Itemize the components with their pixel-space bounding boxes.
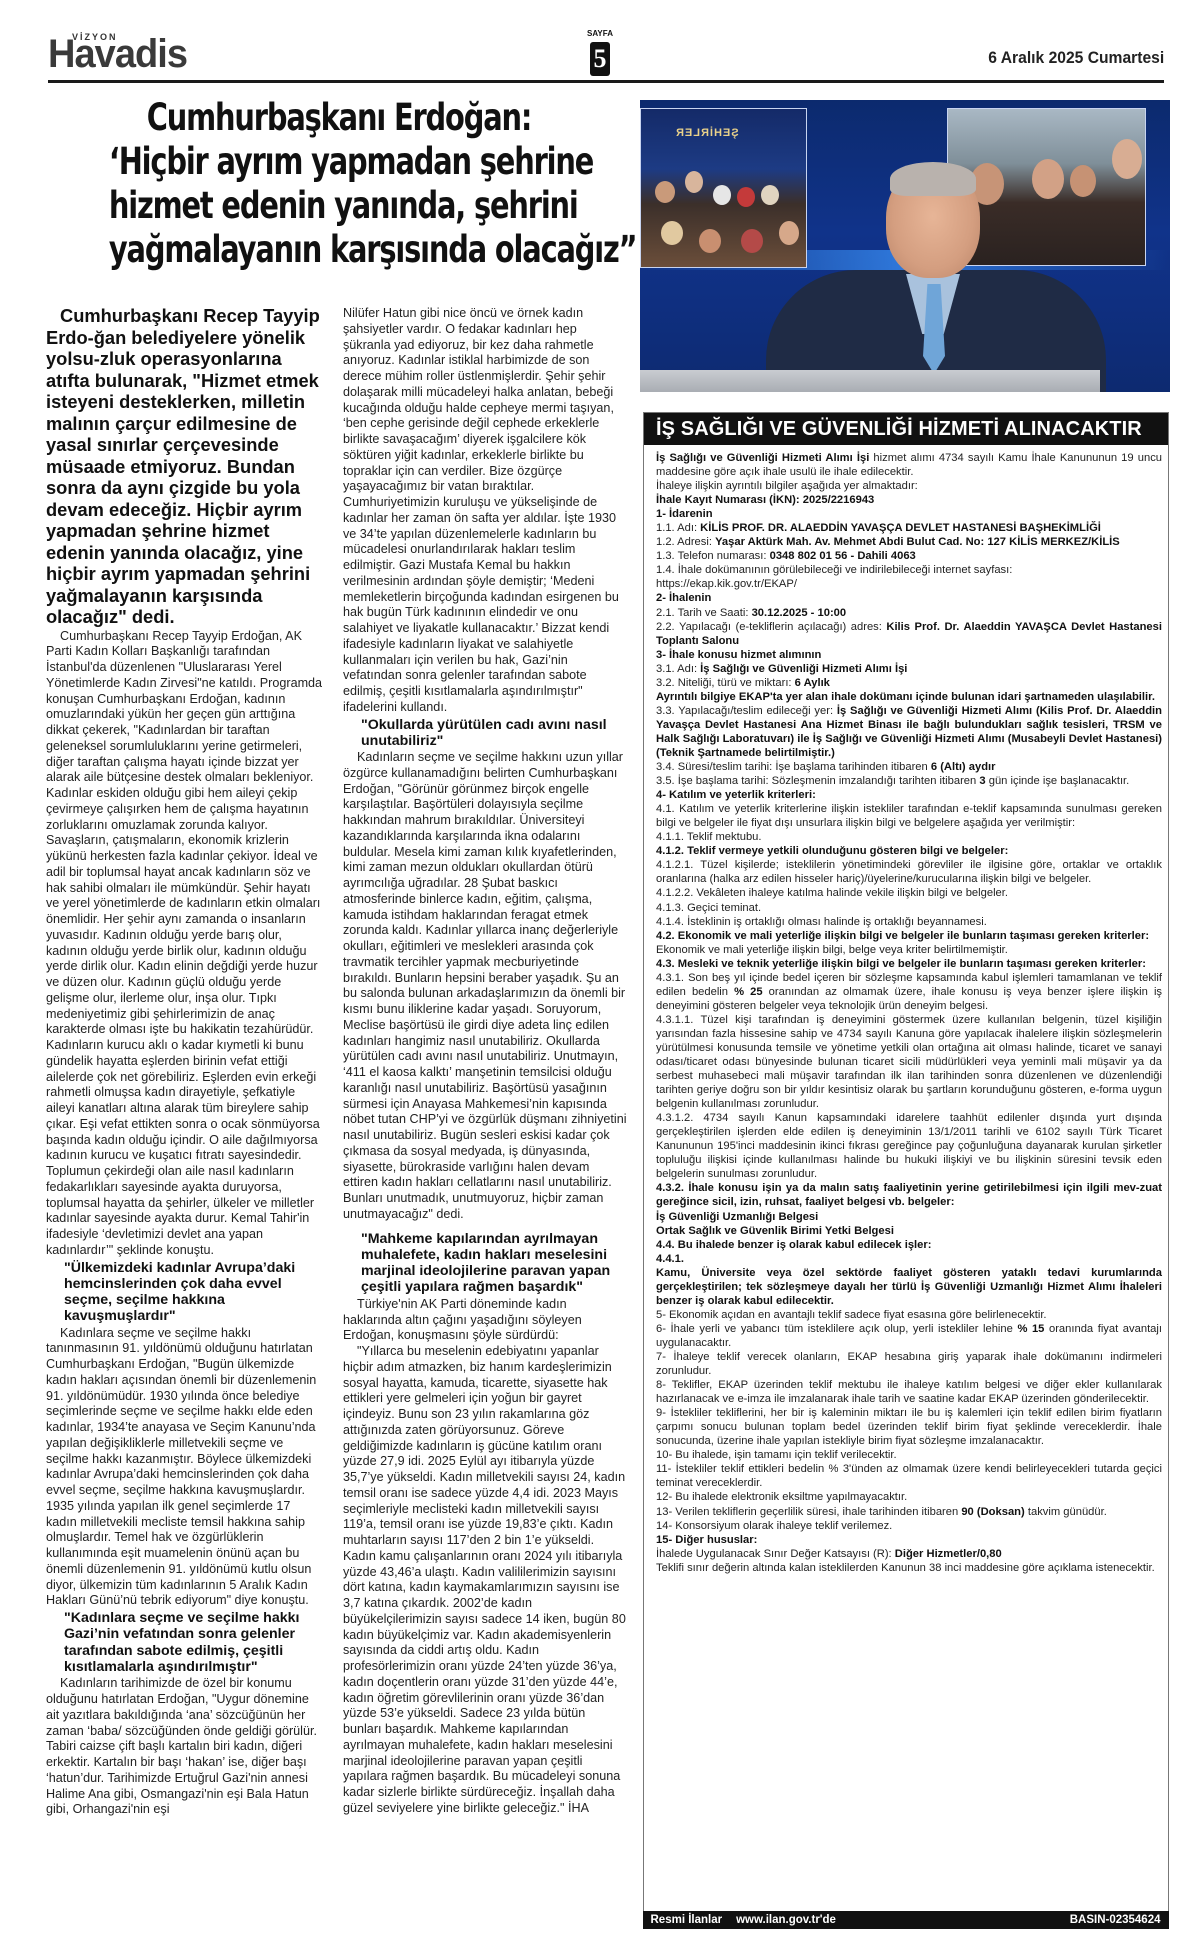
notice-item-5: 5- Ekonomik açıdan en avantajlı teklif s… xyxy=(656,1308,1162,1322)
article-headline: Cumhurbaşkanı Erdoğan: ‘Hiçbir ayrım yap… xyxy=(44,96,634,272)
text: 3.5. İşe başlama tarihi: Sözleşmenin imz… xyxy=(656,775,979,787)
label: 3.3. Yapılacağı/teslim edileceği yer: xyxy=(656,705,837,717)
label: 1.3. Telefon numarası: xyxy=(656,550,770,562)
notice-intro-bold: İş Sağlığı ve Güvenliği Hizmeti Alımı İş… xyxy=(656,452,869,464)
notice-item-2-1: 2.1. Tarih ve Saati: 30.12.2025 - 10:00 xyxy=(656,606,1162,620)
article-paragraph: Türkiye'nin AK Parti döneminde kadın hak… xyxy=(343,1297,627,1344)
notice-section-4: 4- Katılım ve yeterlik kriterleri: xyxy=(656,789,816,801)
notice-item-4-1-4: 4.1.4. İsteklinin iş ortaklığı olması ha… xyxy=(656,915,1162,929)
value: 30.12.2025 - 10:00 xyxy=(752,607,847,619)
crowd-person xyxy=(1112,139,1142,179)
article-paragraph: Cumhurbaşkanı Recep Tayyip Erdoğan, AK P… xyxy=(46,629,324,1259)
notice-item-4-1-2-1: 4.1.2.1. Tüzel kişilerde; isteklilerin y… xyxy=(656,858,1162,886)
crowd-person xyxy=(713,185,731,205)
page-indicator: SAYFA 5 xyxy=(585,28,615,82)
article-paragraph: Kadınların tarihimizde de özel bir konum… xyxy=(46,1676,324,1818)
notice-item-3-4: 3.4. Süresi/teslim tarihi: İşe başlama t… xyxy=(656,760,1162,774)
text: İhalede Uygulanacak Sınır Değer Katsayıs… xyxy=(656,1548,895,1560)
notice-item-7: 7- İhaleye teklif verecek olanların, EKA… xyxy=(656,1350,1162,1378)
label: 3.1. Adı: xyxy=(656,663,700,675)
podium xyxy=(640,370,1100,392)
notice-item-10: 10- Bu ihalede, işin tamamı için teklif … xyxy=(656,1448,1162,1462)
text: takvim günüdür. xyxy=(1025,1506,1107,1518)
notice-item-2-2: 2.2. Yapılacağı (e-tekliflerin açılacağı… xyxy=(656,620,1162,648)
notice-item-6: 6- İhale yerli ve yabancı tüm istekliler… xyxy=(656,1322,1162,1350)
label: 1.1. Adı: xyxy=(656,522,700,534)
label: 2.2. Yapılacağı (e-tekliflerin açılacağı… xyxy=(656,621,886,633)
page-number: 5 xyxy=(590,42,610,76)
notice-item-11: 11- İstekliler teklif ettikleri bedelin … xyxy=(656,1462,1162,1490)
notice-item-3-2-note: Ayrıntılı bilgiye EKAP'ta yer alan ihale… xyxy=(656,691,1155,703)
value: 0348 802 01 56 - Dahili 4063 xyxy=(770,550,916,562)
stage-banner-text: ŞEHİRLER xyxy=(675,127,739,139)
article-paragraph: Kadınlara seçme ve seçilme hakkı tanınma… xyxy=(46,1326,324,1610)
article-paragraph: "Yıllarca bu meselenin edebiyatını yapan… xyxy=(343,1344,627,1817)
notice-item-4-4-1: 4.4.1. xyxy=(656,1253,684,1265)
notice-item-4-3-2: 4.3.2. İhale konusu işin ya da malın sat… xyxy=(656,1182,1162,1208)
label: 1.2. Adresi: xyxy=(656,536,715,548)
article-subheading: "Kadınlara seçme ve seçilme hakkı Gazi’n… xyxy=(46,1610,324,1675)
notice-section-1: 1- İdarenin xyxy=(656,508,713,520)
headline-line: ‘Hiçbir ayrım yapmadan şehrine xyxy=(109,140,569,184)
notice-item-4-1-2-2: 4.1.2.2. Vekâleten ihaleye katılma halin… xyxy=(656,886,1162,900)
notice-item-4-1-2: 4.1.2. Teklif vermeye yetkili olunduğunu… xyxy=(656,845,1008,857)
crowd-person xyxy=(741,229,763,253)
footer-ad-code: BASIN-02354624 xyxy=(1070,1911,1161,1929)
crowd-person xyxy=(661,221,683,245)
notice-intro: İş Sağlığı ve Güvenliği Hizmeti Alımı İş… xyxy=(656,451,1162,479)
notice-item-4-1-1: 4.1.1. Teklif mektubu. xyxy=(656,830,1162,844)
notice-item-9: 9- İstekliler tekliflerini, her bir iş k… xyxy=(656,1406,1162,1448)
notice-item-4-3-2-b: Ortak Sağlık ve Güvenlik Birimi Yetki Be… xyxy=(656,1225,894,1237)
tender-notice-title: İŞ SAĞLIĞI VE GÜVENLİĞİ HİZMETİ ALINACAK… xyxy=(644,413,1168,445)
article-subheading: "Ülkemizdeki kadınlar Avrupa’daki hemcin… xyxy=(46,1260,324,1325)
issue-date: 6 Aralık 2025 Cumartesi xyxy=(988,48,1164,68)
text: 13- Verilen tekliflerin geçerlilik süres… xyxy=(656,1506,961,1518)
notice-item-4-4: 4.4. Bu ihalede benzer iş olarak kabul e… xyxy=(656,1239,931,1251)
value: % 25 xyxy=(734,986,762,998)
notice-item-4-3-2-a: İş Güvenliği Uzmanlığı Belgesi xyxy=(656,1211,818,1223)
footer-url-link[interactable]: www.ilan.gov.tr'de xyxy=(736,1914,836,1926)
notice-item-13: 13- Verilen tekliflerin geçerlilik süres… xyxy=(656,1505,1162,1519)
notice-item-4-2-text: Ekonomik ve mali yeterliğe ilişkin bilgi… xyxy=(656,943,1162,957)
crowd-person xyxy=(655,181,675,203)
inset-photo-summit-group: ŞEHİRLER xyxy=(640,108,807,268)
article-subheading: "Mahkeme kapılarından ayrılmayan muhalef… xyxy=(343,1231,627,1296)
crowd-person xyxy=(1070,165,1096,197)
article-subheading: "Okullarda yürütülen cadı avını nasıl un… xyxy=(343,717,627,750)
logo-title: Havadis xyxy=(48,32,187,76)
notice-section-3: 3- İhale konusu hizmet alımının xyxy=(656,649,821,661)
tender-notice-body: İş Sağlığı ve Güvenliği Hizmeti Alımı İş… xyxy=(656,451,1162,1575)
notice-item-4-1: 4.1. Katılım ve yeterlik kriterlerine il… xyxy=(656,802,1162,830)
notice-item-8: 8- Teklifler, EKAP üzerinden teklif mekt… xyxy=(656,1378,1162,1406)
article-column-2: Nilüfer Hatun gibi nice öncü ve örnek ka… xyxy=(343,306,627,1817)
notice-ikn: İhale Kayıt Numarası (İKN): 2025/2216943 xyxy=(656,494,874,506)
notice-item-4-2: 4.2. Ekonomik ve mali yeterliğe ilişkin … xyxy=(656,930,1149,942)
crowd-person xyxy=(699,229,721,253)
notice-item-15-2: Teklifi sınır değerin altında kalan iste… xyxy=(656,1561,1162,1575)
page-label: SAYFA xyxy=(585,28,615,40)
notice-section-2: 2- İhalenin xyxy=(656,592,711,604)
label: 2.1. Tarih ve Saati: xyxy=(656,607,752,619)
notice-item-4-3-1: 4.3.1. Son beş yıl içinde bedel içeren b… xyxy=(656,971,1162,1013)
article-paragraph: Nilüfer Hatun gibi nice öncü ve örnek ka… xyxy=(343,306,627,716)
masthead: VİZYON Havadis SAYFA 5 6 Aralık 2025 Cum… xyxy=(48,28,1164,82)
ekap-link[interactable]: https://ekap.kik.gov.tr/EKAP/ xyxy=(656,577,1162,591)
value: İş Sağlığı ve Güvenliği Hizmeti Alımı İş… xyxy=(700,663,907,675)
article-photo[interactable]: ŞEHİRLER xyxy=(640,100,1170,392)
notice-item-15-1: İhalede Uygulanacak Sınır Değer Katsayıs… xyxy=(656,1547,1162,1561)
article-column-1: Cumhurbaşkanı Recep Tayyip Erdo-ğan bele… xyxy=(46,305,324,1818)
tender-notice-footer: Resmi İlanlarwww.ilan.gov.tr'de BASIN-02… xyxy=(643,1911,1169,1929)
value: 6 (Altı) aydır xyxy=(931,761,996,773)
notice-item-1-3: 1.3. Telefon numarası: 0348 802 01 56 - … xyxy=(656,549,1162,563)
notice-item-4-4-1-text: Kamu, Üniversite veya özel sektörde faal… xyxy=(656,1267,1162,1307)
text: 6- İhale yerli ve yabancı tüm istekliler… xyxy=(656,1323,1017,1335)
value: Yaşar Aktürk Mah. Av. Mehmet Abdi Bulut … xyxy=(715,536,1120,548)
speaker-hair xyxy=(890,162,976,196)
crowd-person xyxy=(1032,159,1064,199)
notice-item-4-3-1-1: 4.3.1.1. Tüzel kişi tarafından iş deneyi… xyxy=(656,1013,1162,1111)
article-paragraph: Kadınların seçme ve seçilme hakkını uzun… xyxy=(343,750,627,1223)
notice-item-12: 12- Bu ihalede elektronik eksiltme yapıl… xyxy=(656,1490,1162,1504)
crowd-person xyxy=(779,221,799,245)
footer-label: Resmi İlanlar xyxy=(651,1914,723,1926)
value: % 15 xyxy=(1017,1323,1044,1335)
notice-item-4-1-3: 4.1.3. Geçici teminat. xyxy=(656,901,1162,915)
notice-item-4-3-1-2: 4.3.1.2. 4734 sayılı Kanun kapsamındaki … xyxy=(656,1111,1162,1181)
text: gün içinde işe başlanacaktır. xyxy=(986,775,1130,787)
masthead-divider xyxy=(48,80,1164,83)
value: Diğer Hizmetler/0,80 xyxy=(895,1548,1002,1560)
crowd-person xyxy=(761,185,779,205)
notice-item-1-4: 1.4. İhale dokümanının görülebileceği ve… xyxy=(656,563,1162,577)
speaker-figure xyxy=(836,166,1036,392)
headline-line: yağmalayanın karşısında olacağız” xyxy=(109,228,569,272)
label: 3.4. Süresi/teslim tarihi: İşe başlama t… xyxy=(656,761,931,773)
crowd-person xyxy=(685,171,703,193)
notice-item-1-2: 1.2. Adresi: Yaşar Aktürk Mah. Av. Mehme… xyxy=(656,535,1162,549)
newspaper-logo[interactable]: VİZYON Havadis xyxy=(48,28,248,78)
notice-intro-2: İhaleye ilişkin ayrıntılı bilgiler aşağı… xyxy=(656,479,1162,493)
value: 6 Aylık xyxy=(795,677,830,689)
crowd-person xyxy=(737,187,755,207)
value: 90 (Doksan) xyxy=(961,1506,1024,1518)
notice-item-3-3: 3.3. Yapılacağı/teslim edileceği yer: İş… xyxy=(656,704,1162,760)
notice-item-3-5: 3.5. İşe başlama tarihi: Sözleşmenin imz… xyxy=(656,774,1162,788)
tender-notice: İŞ SAĞLIĞI VE GÜVENLİĞİ HİZMETİ ALINACAK… xyxy=(643,412,1169,1928)
headline-line: hizmet edenin yanında, şehrini xyxy=(109,184,569,228)
notice-item-3-1: 3.1. Adı: İş Sağlığı ve Güvenliği Hizmet… xyxy=(656,662,1162,676)
notice-item-14: 14- Konsorsiyum olarak ihaleye teklif ve… xyxy=(656,1519,1162,1533)
notice-item-3-2: 3.2. Niteliği, türü ve miktarı: 6 Aylık xyxy=(656,676,1162,690)
notice-item-1-1: 1.1. Adı: KİLİS PROF. DR. ALAEDDİN YAVAŞ… xyxy=(656,521,1162,535)
article-lead: Cumhurbaşkanı Recep Tayyip Erdo-ğan bele… xyxy=(46,305,324,628)
headline-line: Cumhurbaşkanı Erdoğan: xyxy=(109,96,569,140)
notice-section-15: 15- Diğer hususlar: xyxy=(656,1534,757,1546)
value: KİLİS PROF. DR. ALAEDDİN YAVAŞÇA DEVLET … xyxy=(700,522,1101,534)
label: 3.2. Niteliği, türü ve miktarı: xyxy=(656,677,795,689)
notice-item-4-3: 4.3. Mesleki ve teknik yeterliğe ilişkin… xyxy=(656,958,1146,970)
